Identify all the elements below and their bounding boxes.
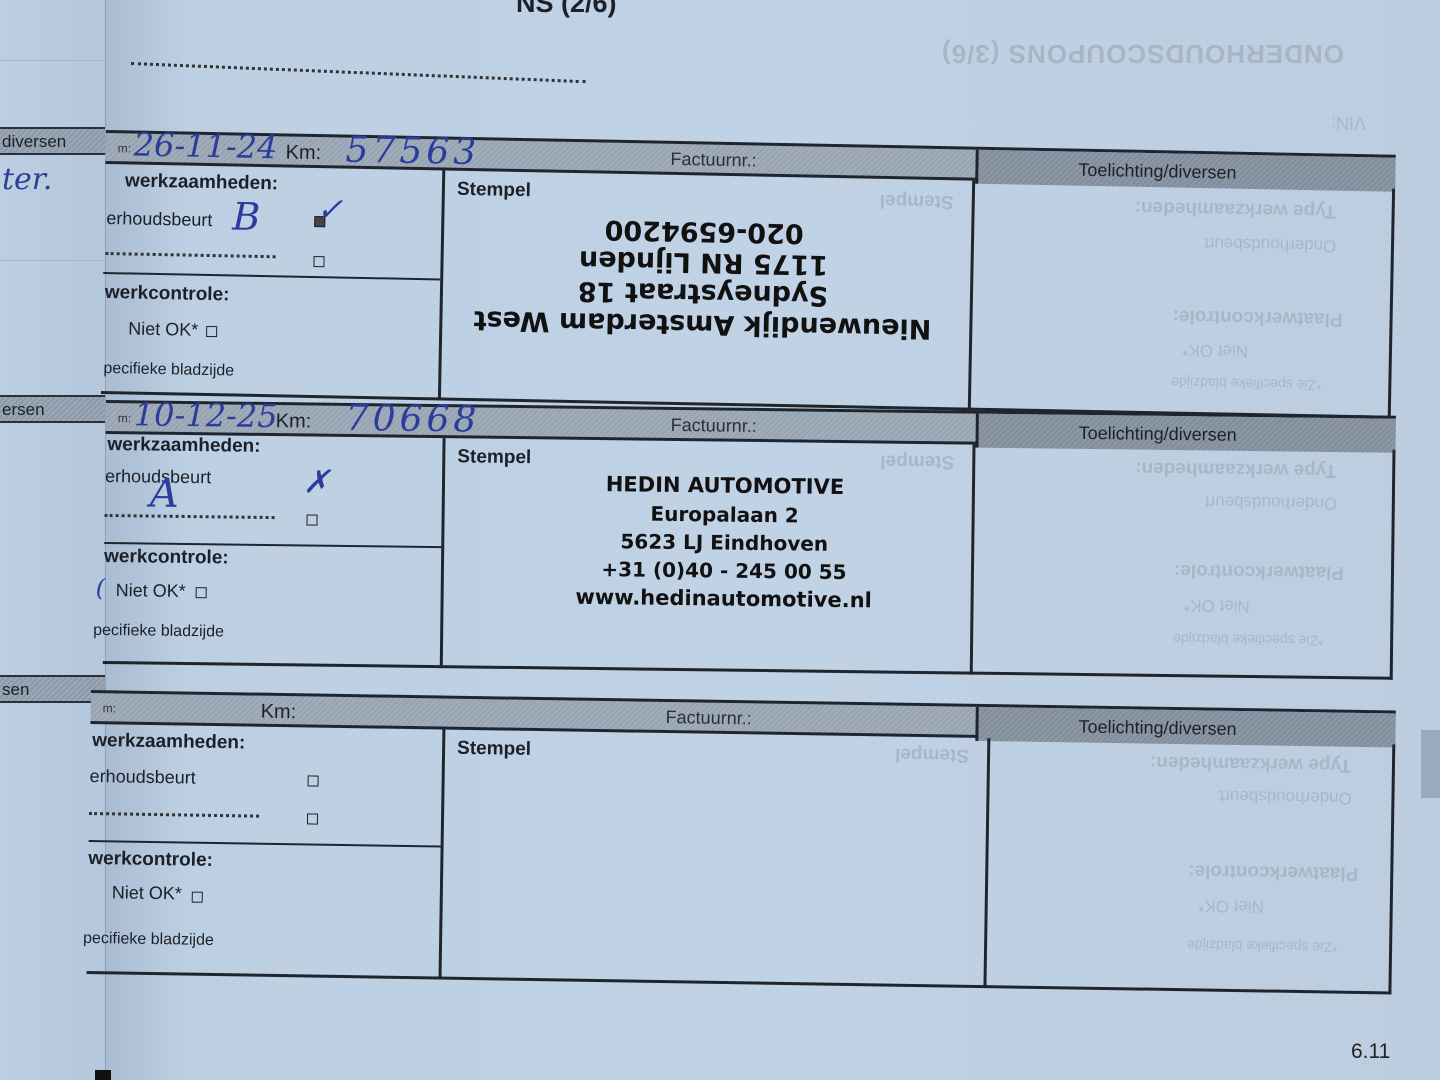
- stamp-postcode-city: 5623 LJ Eindhoven: [554, 527, 894, 559]
- bleed-not-ok: Niet OK*: [1183, 595, 1249, 616]
- date-value: 26-11-24: [133, 126, 277, 167]
- bleed-bodywork: Plaatwerkcontrole:: [1188, 859, 1358, 884]
- stamp-column: Stempel HEDIN AUTOMOTIVE Europalaan 2 56…: [443, 438, 976, 674]
- not-ok-label: Niet OK*: [116, 580, 186, 602]
- other-checkbox[interactable]: [306, 514, 317, 525]
- specific-page-note: pecifieke bladzijde: [93, 622, 224, 642]
- specific-page-note: pecifieke bladzijde: [103, 360, 234, 381]
- stamp-website: www.hedinautomotive.nl: [553, 583, 893, 617]
- work-types-label: werkzaamheden:: [107, 434, 260, 458]
- service-checkbox[interactable]: [308, 775, 319, 786]
- invoice-label: Factuurnr.:: [665, 707, 751, 729]
- coupon-body: werkzaamheden: erhoudsbeurt A ✗ werkcont…: [103, 434, 1396, 680]
- bodywork-label: werkcontrole:: [104, 546, 229, 570]
- work-types-section: werkzaamheden: erhoudsbeurt: [89, 724, 443, 848]
- check-mark-icon: ✓: [316, 190, 344, 229]
- coupon-body: werkzaamheden: erhoudsbeurt werkcontrole…: [87, 724, 1396, 994]
- binding-mark: [95, 1070, 111, 1080]
- km-label: Km:: [285, 141, 321, 165]
- stamp-label: Stempel: [457, 446, 531, 469]
- bleed-work-types: Type werkzaamheden:: [1135, 196, 1337, 222]
- work-column: werkzaamheden: erhoudsbeurt A ✗ werkcont…: [103, 434, 446, 668]
- dealer-stamp-upside-down: Nieuwendijk Amsterdam West Sydneystraat …: [452, 211, 954, 345]
- bleed-work-types: Type werkzaamheden:: [1150, 751, 1352, 776]
- date-label: m:: [103, 701, 117, 715]
- km-value: 70668: [346, 398, 481, 441]
- stamp-label: Stempel: [457, 738, 531, 761]
- notes-label: Toelichting/diversen: [1078, 717, 1236, 740]
- work-column: werkzaamheden: erhoudsbeurt B ✓ werkcont…: [101, 164, 445, 400]
- km-label: Km:: [276, 410, 312, 433]
- notes-label: Toelichting/diversen: [1079, 423, 1237, 446]
- bodywork-label: werkcontrole:: [105, 282, 230, 306]
- not-ok-checkbox[interactable]: [192, 892, 203, 903]
- bleed-service: Onderhoudsbeurt: [1204, 233, 1337, 256]
- other-dotted-line: [106, 252, 276, 258]
- not-ok-label: Niet OK*: [112, 882, 182, 904]
- stamp-phone: +31 (0)40 - 245 00 55: [554, 555, 894, 587]
- specific-page-note: pecifieke bladzijde: [83, 930, 214, 950]
- service-type-handwritten: A: [150, 471, 179, 517]
- bleed-service: Onderhoudsbeurt: [1219, 786, 1352, 808]
- work-types-label: werkzaamheden:: [92, 730, 245, 754]
- date-value: 10-12-25: [134, 395, 278, 435]
- bleed-stamp: Stempel: [895, 743, 969, 766]
- other-dotted-line: [105, 514, 275, 519]
- km-value: 57563: [345, 130, 480, 174]
- bleed-specific: *Zie specifieke bladzijde: [1171, 374, 1321, 393]
- service-type-handwritten: B: [232, 194, 261, 239]
- bleed-specific: *Zie specifieke bladzijde: [1187, 937, 1337, 955]
- notes-column: Stempel Type werkzaamheden: Onderhoudsbe…: [986, 738, 1395, 994]
- work-column: werkzaamheden: erhoudsbeurt werkcontrole…: [87, 724, 446, 980]
- bleed-through-title: ONDERHOUDSCOUPONS (3/6): [941, 38, 1344, 69]
- faint-line: [0, 60, 120, 61]
- notes-column: Stempel Type werkzaamheden: Onderhoudsbe…: [971, 181, 1395, 419]
- cross-mark-icon: ✗: [303, 462, 330, 500]
- bleed-through-vin: VIN:: [1331, 112, 1366, 133]
- notes-label: Toelichting/diversen: [1078, 160, 1236, 184]
- date-label: m:: [118, 141, 132, 155]
- stamp-column: Stempel: [441, 730, 990, 989]
- other-checkbox[interactable]: [313, 256, 324, 267]
- other-dotted-line: [89, 812, 259, 818]
- bleed-work-types: Type werkzaamheden:: [1135, 457, 1337, 481]
- not-ok-checkbox[interactable]: [196, 587, 207, 598]
- km-label: Km:: [260, 701, 296, 725]
- invoice-label: Factuurnr.:: [671, 415, 757, 437]
- bleed-bodywork: Plaatwerkcontrole:: [1174, 559, 1344, 583]
- stamp-address: Europalaan 2: [554, 499, 894, 531]
- service-label: erhoudsbeurt: [89, 766, 195, 789]
- bleed-not-ok: Niet OK*: [1198, 895, 1264, 916]
- invoice-label: Factuurnr.:: [670, 149, 756, 172]
- ok-mark-icon: (: [96, 574, 106, 602]
- page-number: 6.11: [1351, 1040, 1390, 1064]
- date-label: m:: [118, 411, 132, 425]
- service-label: erhoudsbeurt: [106, 208, 212, 231]
- stamp-company-name: HEDIN AUTOMOTIVE: [555, 469, 895, 503]
- work-types-section: werkzaamheden: erhoudsbeurt B ✓: [103, 164, 442, 280]
- work-types-label: werkzaamheden:: [125, 170, 279, 195]
- stamp-label: Stempel: [457, 179, 531, 202]
- left-handwriting: ter.: [2, 162, 52, 197]
- booklet-page: NS (2/6) ONDERHOUDSCOUPONS (3/6) VIN: m:…: [105, 0, 1440, 1080]
- bleed-stamp: Stempel: [880, 449, 954, 472]
- bodywork-label: werkcontrole:: [88, 848, 213, 872]
- not-ok-label: Niet OK*: [128, 318, 198, 340]
- bleed-not-ok: Niet OK*: [1182, 340, 1249, 361]
- page-tab-marker: [1421, 730, 1440, 798]
- other-checkbox[interactable]: [307, 813, 318, 824]
- dealer-stamp: HEDIN AUTOMOTIVE Europalaan 2 5623 LJ Ei…: [553, 469, 895, 616]
- coupon-body: werkzaamheden: erhoudsbeurt B ✓ werkcont…: [101, 164, 1395, 419]
- work-types-section: werkzaamheden: erhoudsbeurt A ✗: [104, 434, 442, 548]
- notes-column: Stempel Type werkzaamheden: Onderhoudsbe…: [973, 445, 1396, 680]
- bleed-bodywork: Plaatwerkcontrole:: [1172, 305, 1342, 330]
- coupon-1: m: 26-11-24 Km: 57563 Factuurnr.: Toelic…: [106, 130, 1396, 155]
- bleed-specific: *Zie specifieke bladzijde: [1173, 631, 1323, 649]
- vin-dotted-line: [131, 62, 586, 83]
- bleed-stamp: Stempel: [880, 189, 954, 212]
- coupon-3: m: Km: Factuurnr.: Toelichting/diversen …: [91, 690, 1381, 710]
- bleed-service: Onderhoudsbeurt: [1205, 491, 1338, 513]
- faint-line: [0, 260, 120, 261]
- not-ok-checkbox[interactable]: [206, 326, 217, 337]
- page-title: NS (2/6): [516, 0, 617, 19]
